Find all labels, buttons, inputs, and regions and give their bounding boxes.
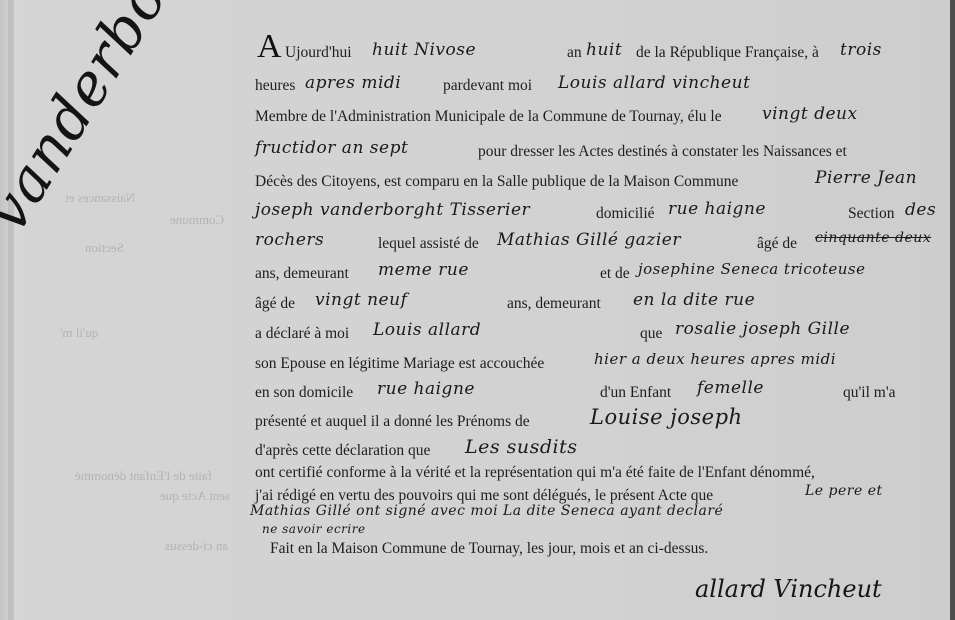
document-page: qu'il m' faite de l'Enfant dénommé sent … xyxy=(0,0,955,620)
bleed-through-text: Naissances et xyxy=(65,190,135,206)
printed-text: et de xyxy=(600,265,630,283)
printed-text: domicilié xyxy=(596,205,655,223)
handwritten-mother: rosalie joseph Gille xyxy=(675,319,850,339)
page-fold-shadow xyxy=(8,0,14,620)
bleed-through-text: Section xyxy=(85,240,124,256)
handwritten-witness-1: Mathias Gillé gazier xyxy=(497,230,681,250)
printed-text: présenté et auquel il a donné les Prénom… xyxy=(255,413,530,431)
printed-text: que xyxy=(640,325,662,343)
handwritten-declared-to: Louis allard xyxy=(373,320,481,340)
printed-text: d'après cette déclaration que xyxy=(255,442,430,460)
handwritten-witness-1-residence: meme rue xyxy=(378,260,469,280)
handwritten-signers-2: Mathias Gillé ont signé avec moi La dite… xyxy=(250,503,723,519)
handwritten-section-2: rochers xyxy=(255,230,324,250)
printed-text: pardevant moi xyxy=(443,77,532,95)
printed-text: heures xyxy=(255,77,295,95)
handwritten-year: huit xyxy=(586,40,622,60)
printed-text: pour dresser les Actes destinés à consta… xyxy=(478,143,847,161)
initial-letter: A xyxy=(257,28,282,66)
printed-text: âgé de xyxy=(255,295,295,313)
handwritten-domicile: rue haigne xyxy=(377,379,475,399)
bleed-through-text: an ci-dessus xyxy=(165,538,228,554)
printed-text: Section xyxy=(848,205,895,223)
printed-text: ans, demeurant xyxy=(255,265,349,283)
bleed-through-text: Commune xyxy=(170,212,224,228)
printed-text: en son domicile xyxy=(255,384,353,402)
printed-text: d'un Enfant xyxy=(600,384,671,402)
handwritten-date: huit Nivose xyxy=(372,40,476,60)
printed-text: a déclaré à moi xyxy=(255,325,349,343)
printed-text: Membre de l'Administration Municipale de… xyxy=(255,108,722,126)
handwritten-hour: trois xyxy=(840,40,882,60)
printed-text: Ujourd'hui xyxy=(285,44,352,62)
margin-surname: vanderborght xyxy=(0,0,249,243)
handwritten-section: des xyxy=(905,200,936,220)
handwritten-elected-date: vingt deux xyxy=(762,104,858,124)
printed-text: ans, demeurant xyxy=(507,295,601,313)
handwritten-officer: Louis allard vincheut xyxy=(558,73,750,93)
handwritten-witness-2-age: vingt neuf xyxy=(315,290,407,310)
printed-text: son Epouse en légitime Mariage est accou… xyxy=(255,355,544,373)
bleed-through-text: sent Acte que xyxy=(160,488,230,504)
handwritten-time-of-day: apres midi xyxy=(305,73,401,93)
printed-text: de la République Française, à xyxy=(636,44,819,62)
handwritten-signers-3: ne savoir ecrire xyxy=(262,522,366,536)
handwritten-given-names: Louise joseph xyxy=(590,405,743,429)
handwritten-birth-time: hier a deux heures apres midi xyxy=(594,350,836,368)
printed-text: ont certifié conforme à la vérité et la … xyxy=(255,464,815,482)
handwritten-father: Pierre Jean xyxy=(815,168,917,188)
handwritten-father-2: joseph vanderborght Tisserier xyxy=(255,200,530,220)
printed-text: lequel assisté de xyxy=(378,235,479,253)
handwritten-witness-1-age: cinquante deux xyxy=(815,230,931,246)
printed-text: Fait en la Maison Commune de Tournay, le… xyxy=(270,540,708,558)
handwritten-witness-2: josephine Seneca tricoteuse xyxy=(638,260,866,278)
bleed-through-text: qu'il m' xyxy=(60,325,98,341)
handwritten-sex: femelle xyxy=(697,378,764,398)
handwritten-witness-2-residence: en la dite rue xyxy=(633,290,755,310)
printed-text: an xyxy=(567,44,582,62)
officer-signature: allard Vincheut xyxy=(695,575,882,603)
handwritten-elected-date-2: fructidor an sept xyxy=(255,138,408,158)
printed-text: qu'il m'a xyxy=(843,384,896,402)
handwritten-signers: Le pere et xyxy=(805,483,883,499)
page-edge xyxy=(950,0,955,620)
handwritten-declarants: Les susdits xyxy=(465,436,578,458)
bleed-through-text: faite de l'Enfant dénommé xyxy=(75,468,212,484)
printed-text: âgé de xyxy=(757,235,797,253)
handwritten-street: rue haigne xyxy=(668,199,766,219)
printed-text: Décès des Citoyens, est comparu en la Sa… xyxy=(255,173,738,191)
